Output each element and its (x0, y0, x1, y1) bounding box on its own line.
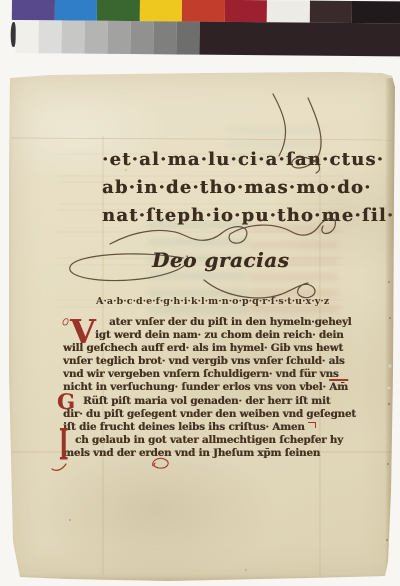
color-swatch (85, 21, 108, 54)
heading-deo-gracias: Deo gracias (152, 248, 289, 272)
color-swatch (16, 20, 39, 53)
color-swatch (12, 0, 55, 20)
text-line: Rüſt piſt maria vol genaden· der herr iſ… (63, 395, 349, 408)
grayscale-row (16, 20, 400, 56)
text-line: ater vnſer der du piſt in den hymeln·geh… (63, 316, 349, 329)
text-line: ch gelaub in got vater allmechtigen ſche… (63, 434, 349, 447)
text-line: nicht in verſuchung· ſunder erlos vns vo… (63, 381, 349, 394)
color-swatch (131, 21, 154, 54)
color-swatch (108, 21, 131, 54)
amen-word: Amen (272, 421, 304, 433)
color-swatch (182, 0, 225, 22)
color-swatch (39, 20, 62, 53)
grayscale-steps (16, 20, 200, 55)
color-swatch (177, 21, 200, 54)
text-line: iſt die frucht deines leibs ihs criſtus·… (63, 421, 349, 434)
alphabet-line: A·a·b·c·d·e·f·g·h·i·k·l·m·n·o·p·q·r·ſ·s·… (96, 296, 329, 307)
paternoster-paragraph: ater vnſer der du piſt in den hymeln·geh… (63, 316, 349, 395)
color-swatch (139, 0, 182, 21)
syllable-line: nat·ſteph·io·pu·tho·me·ſil· (102, 202, 394, 230)
fore-edge (385, 78, 396, 577)
color-swatch (224, 0, 267, 22)
color-swatch (97, 0, 140, 21)
drop-cap-i: I (59, 424, 68, 467)
text-line: dir· du piſt geſegent vnder den weiben v… (63, 408, 349, 421)
color-swatch (267, 0, 310, 22)
text-segment: nicht in verſuchung· ſunder erlos vns vo… (63, 381, 329, 393)
amen-abbreviation: Am̄ (329, 381, 348, 393)
text-line: will geſchech auff erd· als im hymel· Gi… (63, 342, 349, 355)
drop-cap-v: V (70, 315, 96, 348)
color-calibration-bar (12, 0, 400, 58)
text-segment: iſt die frucht deines leibs ihs criſtus· (63, 421, 272, 433)
text-line: igt werd dein nam· zu chom dein reich· d… (63, 329, 349, 342)
color-swatch (154, 21, 177, 54)
color-swatch (54, 0, 97, 21)
syllable-line: ·et·al·ma·lu·ci·a·ſan·ctus· (102, 146, 394, 174)
text-line: vnd wir vergeben vnſern ſchuldigern· vnd… (63, 368, 349, 381)
color-swatch (309, 1, 352, 23)
drop-cap-g: G (57, 391, 75, 412)
grayscale-dark-tail (200, 22, 400, 57)
manuscript-page: ·et·al·ma·lu·ci·a·ſan·ctus· ab·in·de·tho… (8, 72, 396, 581)
color-swatch (352, 1, 400, 23)
syllable-line: ab·in·de·tho·mas·mo·do· (102, 174, 394, 202)
syllable-practice-block: ·et·al·ma·lu·ci·a·ſan·ctus· ab·in·de·tho… (102, 146, 394, 230)
color-swatch (62, 20, 85, 53)
ave-maria-paragraph: Rüſt piſt maria vol genaden· der herr iſ… (63, 395, 349, 434)
prayer-text-block: ater vnſer der du piſt in den hymeln·geh… (63, 316, 349, 460)
text-line: mels vnd der erden vnd in Jheſum xp̄m ſe… (63, 447, 349, 460)
red-amen-bracket (308, 422, 316, 428)
card-edge-smudge (11, 22, 16, 47)
credo-paragraph: ch gelaub in got vater allmechtigen ſche… (63, 434, 349, 460)
scanned-manuscript-photo: ·et·al·ma·lu·ci·a·ſan·ctus· ab·in·de·tho… (0, 0, 400, 586)
text-line: vnſer teglich brot· vnd vergib vns vnſer… (63, 355, 349, 368)
